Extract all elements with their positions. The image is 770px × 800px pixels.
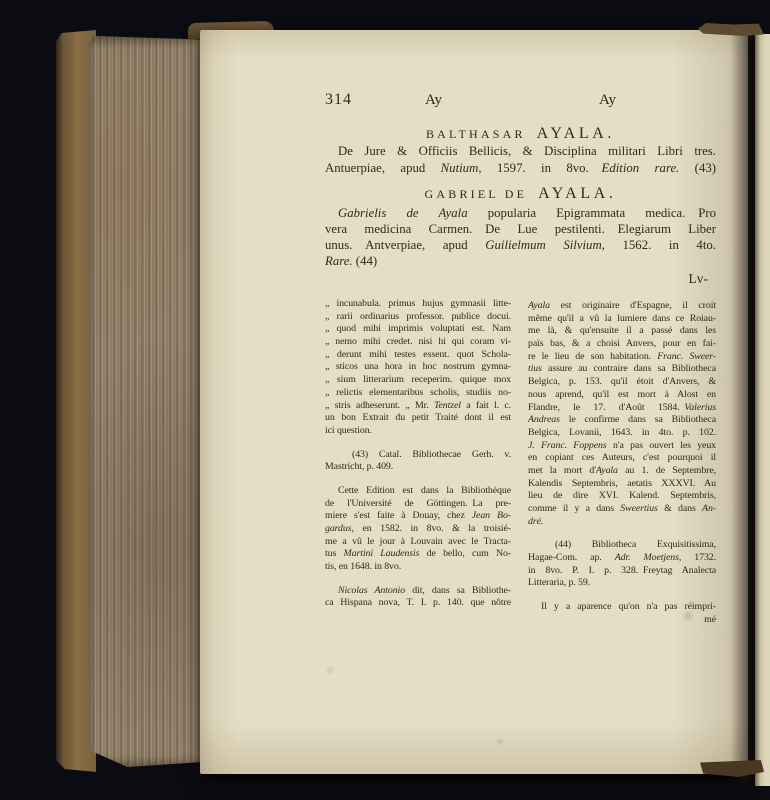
text-line: vera medicina Carmen. De Lue pestilenti.…: [325, 222, 716, 238]
text-line: ici question.: [325, 425, 511, 438]
facing-page-edge: [755, 34, 770, 786]
paragraph: (43) Catal. Bibliothecae Gerh. v.Mastric…: [325, 449, 511, 474]
entry-heading-balthasar-ayala: BALTHASARAYALA.: [325, 125, 716, 143]
running-header: 314 Ay Ay: [325, 91, 716, 111]
text-line: tus Martini Laudensis de bello, cum No-: [325, 548, 511, 561]
paragraph: „ incunabula. primus hujus gymnasii litt…: [325, 298, 511, 438]
text-line: „ stris adheserunt. „ Mr. Tentzel a fait…: [325, 400, 511, 413]
text-line: in 8vo. P. I. p. 328. Freytag Analecta: [528, 565, 716, 578]
text-line: met la mort d'Ayala au 1. de Septembre,: [528, 465, 716, 478]
text-line: „ derunt mihi testes essent. quot Schola…: [325, 349, 511, 362]
text-line: Il y a aparence qu'on n'a pas réimpri-: [528, 601, 716, 614]
text-line: „ relictis elementaribus scholis, studii…: [325, 387, 511, 400]
paragraph: Ayala est originaire d'Espagne, il croit…: [528, 300, 716, 528]
text-line: tis, en 1648. in 8vo.: [325, 561, 511, 574]
text-line: Gabrielis de Ayala popularia Epigrammata…: [325, 206, 716, 222]
column-right-paragraphs: Ayala est originaire d'Espagne, il croit…: [528, 300, 716, 614]
text-line: un bon Extrait du petit Traité dont il e…: [325, 412, 511, 425]
text-line: Belgica, p. 153. qu'il étoit d'Anvers, &: [528, 376, 716, 389]
text-line: Hagae-Com. ap. Adr. Moetjens, 1732.: [528, 552, 716, 565]
text-line: Ayala est originaire d'Espagne, il croit: [528, 300, 716, 313]
text-line: Kalendis Septembris, aetatis XXXVI. Au: [528, 478, 716, 491]
column-left-paragraphs: „ incunabula. primus hujus gymnasii litt…: [325, 298, 511, 610]
text-line: même qu'il a vû la lumiere dans ce Roiau…: [528, 313, 716, 326]
catchword: mé: [528, 614, 716, 627]
text-line: „ nemo mihi credet. nisi hi qui coram vi…: [325, 336, 511, 349]
text-line: tius assure au contraire dans sa Bibliot…: [528, 363, 716, 376]
book-fore-edge-pages: [88, 36, 204, 767]
paragraph: De Jure & Officiis Bellicis, & Disciplin…: [325, 144, 716, 178]
text-line: Antuerpiae, apud Nutium, 1597. in 8vo. E…: [325, 161, 716, 178]
text-line: Litteraria, p. 59.: [528, 577, 716, 590]
text-line: gardus, en 1582. in 8vo. & la troisié-: [325, 523, 511, 536]
paragraph: Nicolas Antonio dit, dans sa Bibliothe-c…: [325, 585, 511, 610]
heading-surname: AYALA.: [538, 185, 616, 202]
text-line: me a vû le jour à Louvain avec le Tracta…: [325, 536, 511, 549]
text-line: J. Franc. Foppens n'a pas ouvert les yeu…: [528, 440, 716, 453]
entry-gabriel-paragraph: Gabrielis de Ayala popularia Epigrammata…: [325, 206, 716, 270]
text-line: Nicolas Antonio dit, dans sa Bibliothe-: [325, 585, 511, 598]
text-line: „ sium litterarium receperim. quique mox: [325, 374, 511, 387]
text-line: Flandre, le 17. d'Août 1584. Valerius: [528, 402, 716, 415]
paragraph: Gabrielis de Ayala popularia Epigrammata…: [325, 206, 716, 270]
running-head-left: Ay: [425, 92, 442, 109]
gutter-shadow: [731, 28, 757, 782]
text-line: nous aprend, qu'il est mort à Alost en: [528, 389, 716, 402]
column-right: Ayala est originaire d'Espagne, il croit…: [528, 300, 716, 627]
text-line: unus. Antverpiae, apud Guilielmum Silviu…: [325, 238, 716, 254]
text-line: „ rarii ordinarius professor. publice do…: [325, 311, 511, 324]
text-line: lieu de dire XVI. Kalend. Septembris,: [528, 490, 716, 503]
text-line: Cette Edition est dans la Bibliothéque: [325, 485, 511, 498]
page-number: 314: [325, 91, 352, 109]
text-line: miere s'est faite à Douay, chez Jean Bo-: [325, 510, 511, 523]
text-line: (44) Bibliotheca Exquisitissima,: [528, 539, 716, 552]
text-line: comme il y a dans Sweertius & dans An-: [528, 503, 716, 516]
heading-surname: AYALA.: [537, 125, 615, 142]
text-line: en copiant ces Auteurs, c'est pourquoi i…: [528, 452, 716, 465]
paragraph: Il y a aparence qu'on n'a pas réimpri-: [528, 601, 716, 614]
text-line: Belgica, Lovanii, 1643. in 4to. p. 102.: [528, 427, 716, 440]
text-line: De Jure & Officiis Bellicis, & Disciplin…: [325, 144, 716, 161]
book-page: 314 Ay Ay BALTHASARAYALA. De Jure & Offi…: [200, 30, 748, 774]
text-line: re le lieu de son habitation. Franc. Swe…: [528, 351, 716, 364]
text-line: de l'Université de Göttingen. La pre-: [325, 498, 511, 511]
heading-forename: BALTHASAR: [426, 127, 526, 141]
entry-heading-gabriel-de-ayala: GABRIEL DEAYALA.: [325, 185, 716, 203]
text-line: me là, & qu'ensuite il a passé dans les: [528, 325, 716, 338]
signature-mark: Lv-: [689, 271, 709, 287]
paragraph: (44) Bibliotheca Exquisitissima,Hagae-Co…: [528, 539, 716, 590]
text-line: „ quod mihi imprimis voluptati est. Nam: [325, 323, 511, 336]
text-line: Mastricht, p. 409.: [325, 461, 511, 474]
text-line: (43) Catal. Bibliothecae Gerh. v.: [325, 449, 511, 462]
text-line: païs bas, & a choisi Anvers, pour en fai…: [528, 338, 716, 351]
text-line: „ incunabula. primus hujus gymnasii litt…: [325, 298, 511, 311]
book-photo-scene: 314 Ay Ay BALTHASARAYALA. De Jure & Offi…: [0, 0, 770, 800]
text-line: Rare. (44): [325, 254, 716, 270]
entry-balthasar-paragraph: De Jure & Officiis Bellicis, & Disciplin…: [325, 144, 716, 178]
text-line: „ sticos una hora in hoc nostrum gymna-: [325, 361, 511, 374]
heading-forename: GABRIEL DE: [425, 187, 528, 201]
text-line: ca Hispana nova, T. I. p. 140. que nôtre: [325, 597, 511, 610]
running-head-right: Ay: [599, 92, 616, 109]
page-text-block: 314 Ay Ay BALTHASARAYALA. De Jure & Offi…: [325, 30, 716, 774]
paragraph: Cette Edition est dans la Bibliothéquede…: [325, 485, 511, 574]
text-line: Andreas le confirme dans sa Bibliotheca: [528, 414, 716, 427]
column-left: „ incunabula. primus hujus gymnasii litt…: [325, 298, 511, 610]
text-line: dré.: [528, 516, 716, 529]
